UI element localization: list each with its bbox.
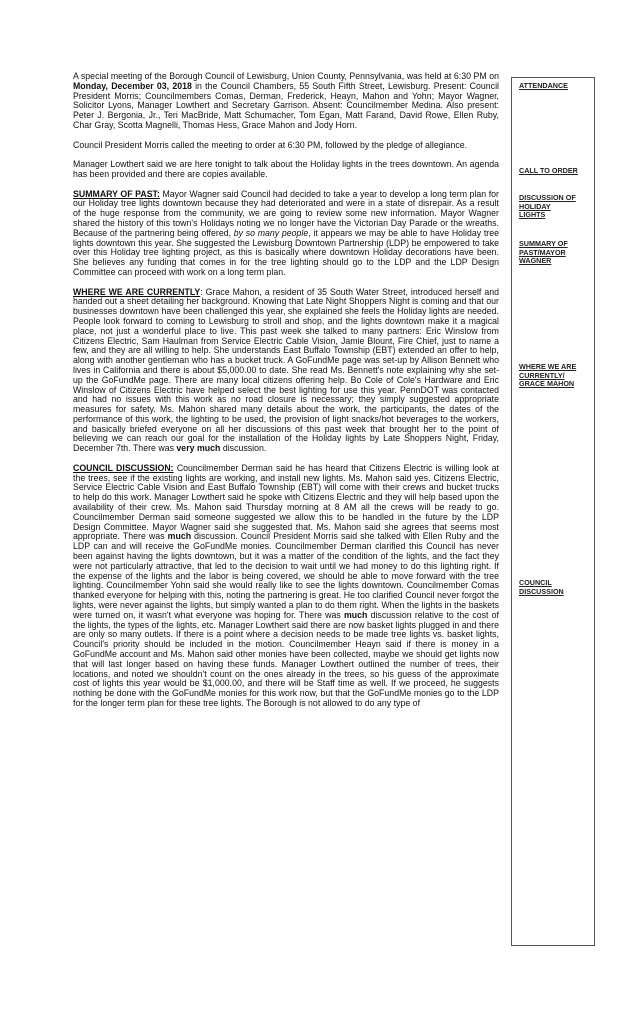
sidebar-heading-summary-of-past: SUMMARY OF PAST/MAYOR WAGNER [519, 240, 595, 266]
attendance-paragraph: A special meeting of the Borough Council… [73, 72, 499, 131]
meeting-date: Monday, December 03, 2018 [73, 81, 192, 91]
council-discussion-text: Councilmember Derman said he has heard t… [73, 463, 499, 542]
document-page: A special meeting of the Borough Council… [0, 0, 625, 1030]
sidebar-heading-line: GRACE MAHON [519, 380, 595, 389]
sidebar-heading-line: ATTENDANCE [519, 82, 595, 91]
summary-of-past-heading: SUMMARY OF PAST: [73, 189, 160, 199]
where-we-are-paragraph: WHERE WE ARE CURRENTLY: Grace Mahon, a r… [73, 288, 499, 455]
council-discussion-paragraph: COUNCIL DISCUSSION: Councilmember Derman… [73, 464, 499, 709]
where-we-are-text: : Grace Mahon, a resident of 35 South Wa… [73, 287, 499, 454]
council-discussion-emphasis-2: much [344, 610, 367, 620]
sidebar-heading-call-to-order: CALL TO ORDER [519, 167, 595, 176]
sidebar-heading-line: DISCUSSION [519, 588, 595, 597]
summary-of-past-paragraph: SUMMARY OF PAST: Mayor Wagner said Counc… [73, 190, 499, 278]
margin-headings-box: ATTENDANCE CALL TO ORDER DISCUSSION OF H… [511, 77, 595, 946]
sidebar-heading-line: CALL TO ORDER [519, 167, 595, 176]
sidebar-heading-council-discussion: COUNCIL DISCUSSION [519, 579, 595, 596]
where-we-are-heading: WHERE WE ARE CURRENTLY [73, 287, 200, 297]
sidebar-heading-where-we-are-currently: WHERE WE ARE CURRENTLY/ GRACE MAHON [519, 363, 595, 389]
council-discussion-emphasis-1: much [168, 531, 191, 541]
where-we-are-emphasis: very much [176, 443, 220, 453]
call-to-order-paragraph: Council President Morris called the meet… [73, 141, 499, 151]
sidebar-heading-line: LIGHTS [519, 211, 595, 220]
call-to-order-text: Council President Morris called the meet… [73, 140, 467, 150]
discussion-intro-text: Manager Lowthert said we are here tonigh… [73, 159, 499, 179]
discussion-intro-paragraph: Manager Lowthert said we are here tonigh… [73, 160, 499, 180]
where-we-are-text-cont: discussion. [220, 443, 266, 453]
sidebar-heading-discussion-of-holiday-lights: DISCUSSION OF HOLIDAY LIGHTS [519, 194, 595, 220]
council-discussion-heading: COUNCIL DISCUSSION: [73, 463, 174, 473]
attendance-text: A special meeting of the Borough Council… [73, 71, 499, 81]
summary-emphasis: by so many people [234, 228, 309, 238]
sidebar-heading-attendance: ATTENDANCE [519, 82, 595, 91]
sidebar-heading-line: WAGNER [519, 257, 595, 266]
council-discussion-text-end: discussion relative to the cost of the l… [73, 610, 499, 708]
minutes-body: A special meeting of the Borough Council… [73, 72, 499, 719]
council-discussion-text-cont: discussion. Council President Morris sai… [73, 531, 499, 619]
